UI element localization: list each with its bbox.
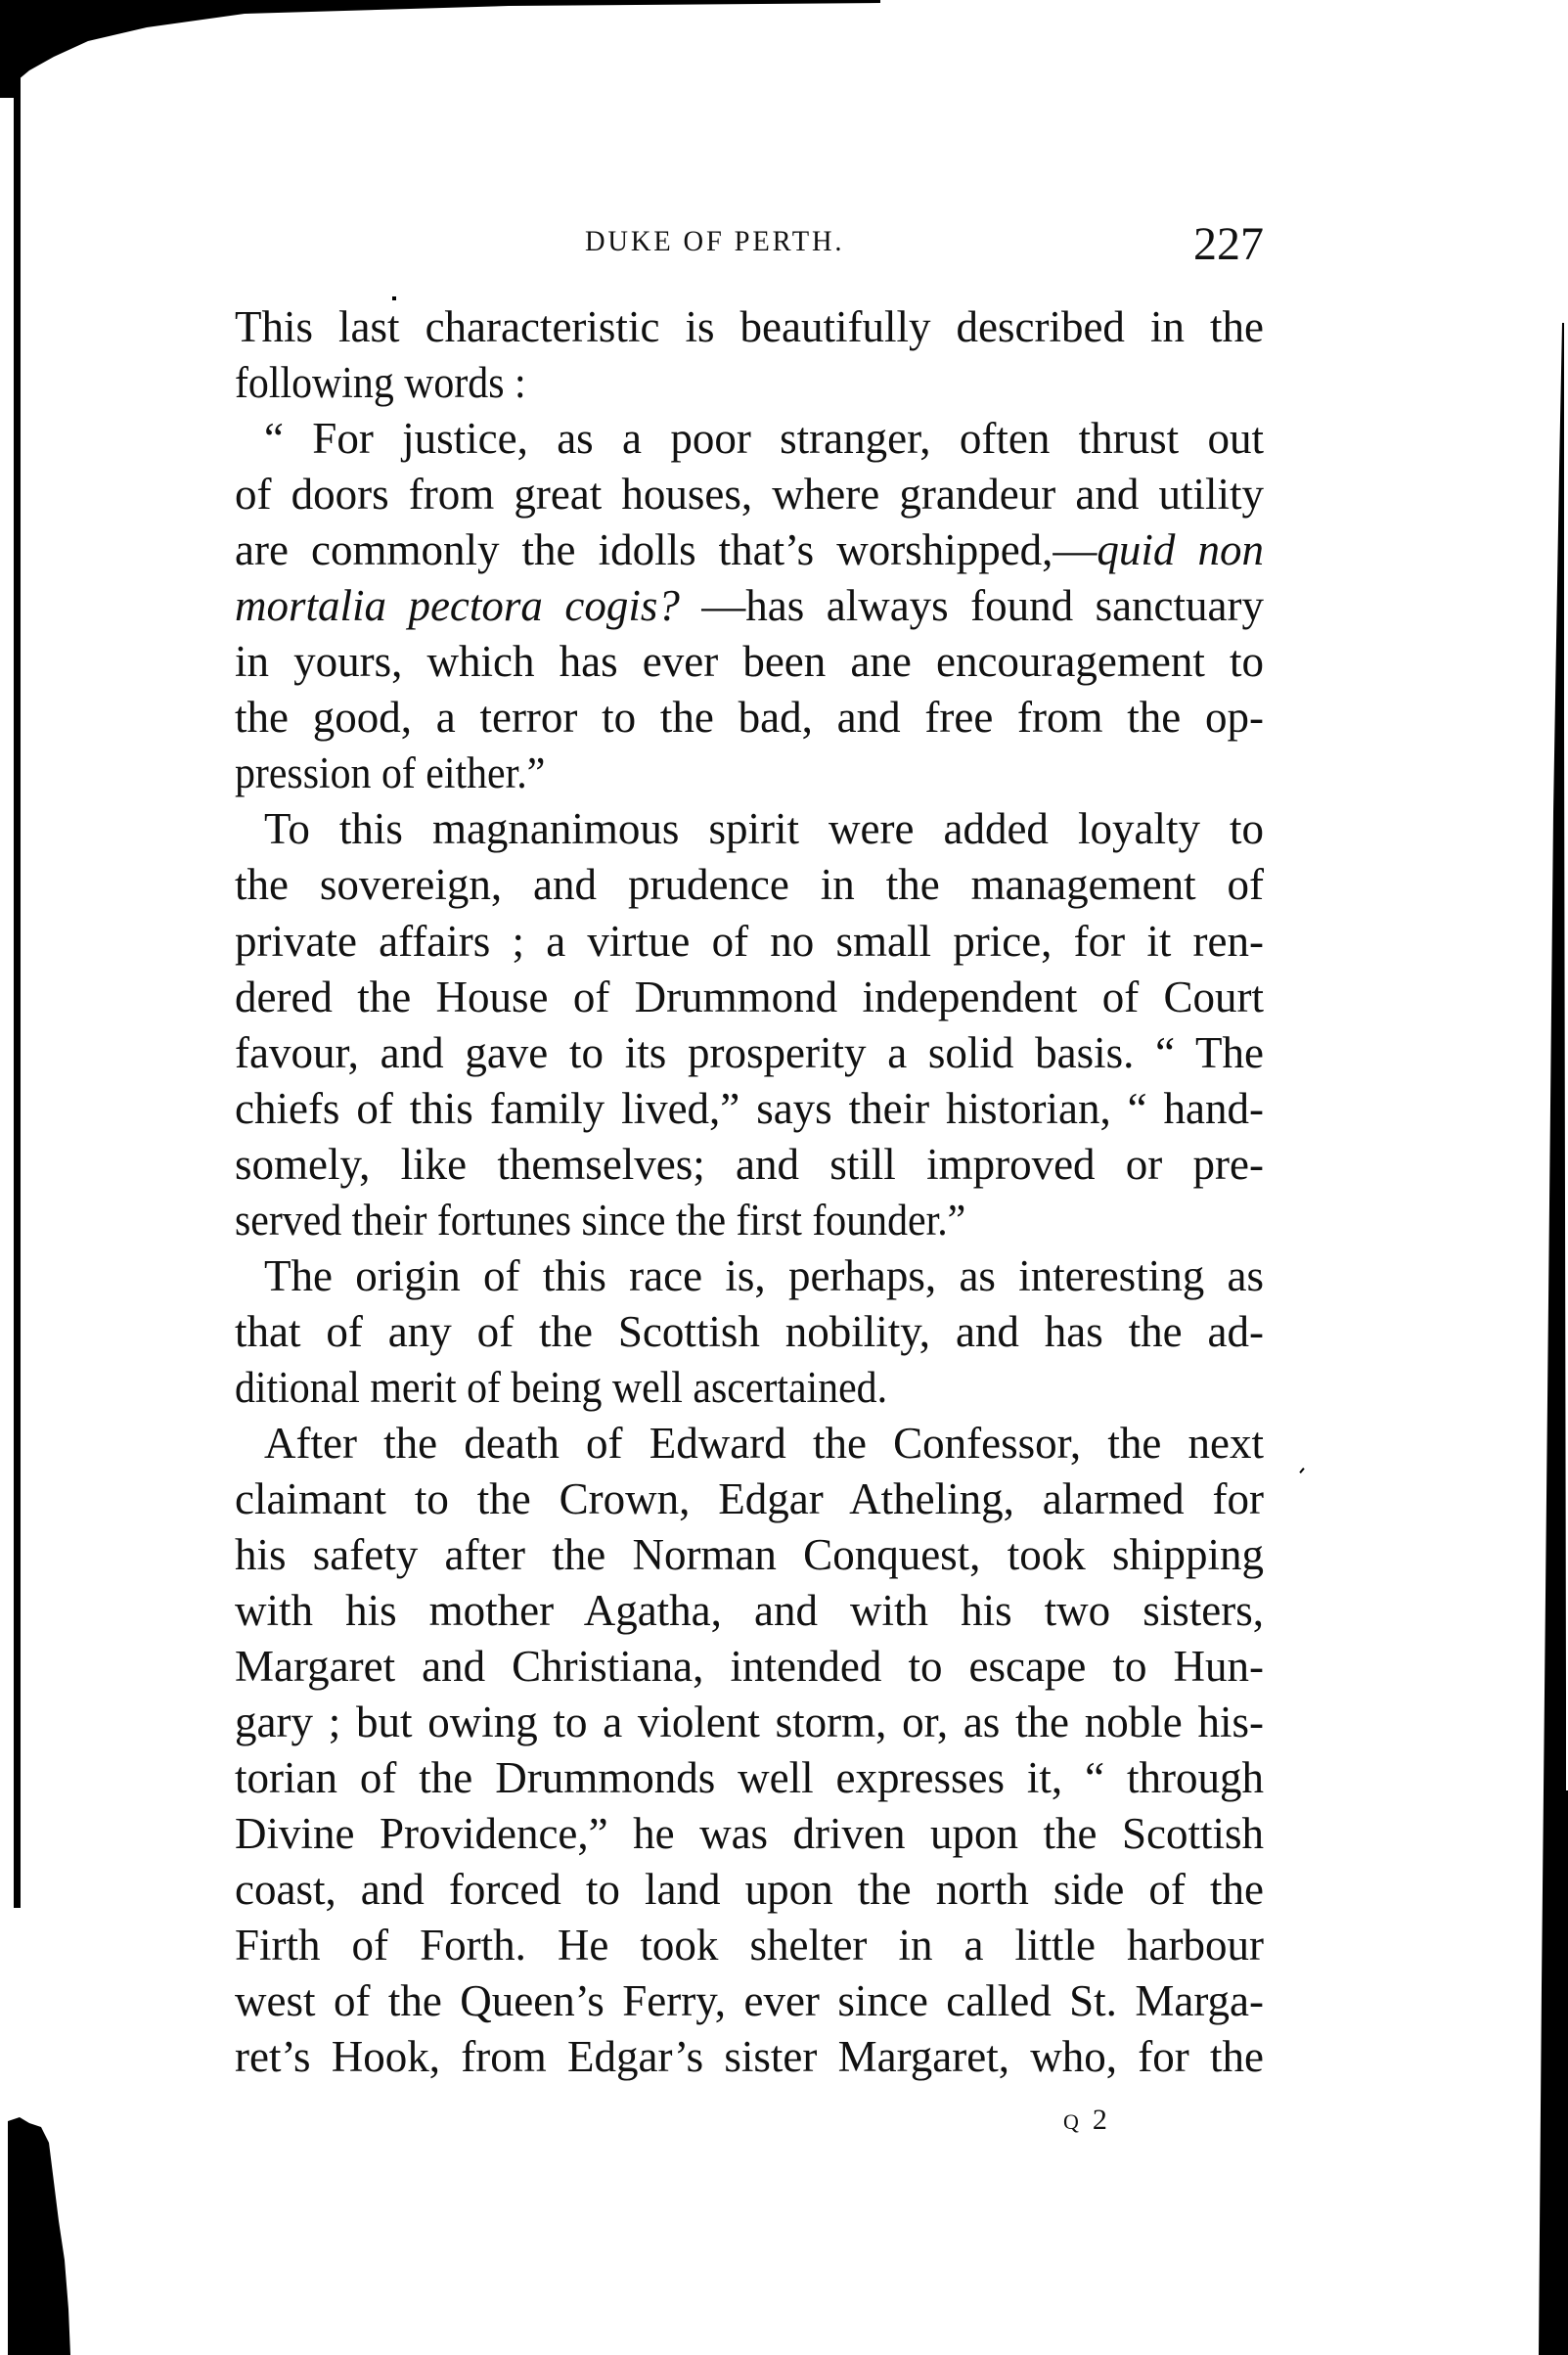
text-run: are commonly the idolls that’s worshippe… xyxy=(235,525,1097,574)
page-number: 227 xyxy=(1193,217,1264,271)
scan-edge-bottom-left xyxy=(0,2113,78,2355)
text-line: following words : xyxy=(235,355,526,411)
scan-edge-top-left xyxy=(0,0,880,98)
text-line: claimant to the Crown, Edgar Atheling, a… xyxy=(235,1472,1264,1527)
text-line: “ For justice, as a poor stranger, often… xyxy=(235,411,1264,467)
text-line: the sovereign, and prudence in the manag… xyxy=(235,857,1264,913)
text-line: of doors from great houses, where grande… xyxy=(235,467,1264,522)
text-line: ditional merit of being well ascertained… xyxy=(235,1360,887,1416)
text-line: that of any of the Scottish nobility, an… xyxy=(235,1304,1264,1360)
text-line: private affairs ; a virtue of no small p… xyxy=(235,914,1264,970)
text-line: pression of either.” xyxy=(235,746,545,801)
text-line: ret’s Hook, from Edgar’s sister Margaret… xyxy=(235,2029,1264,2085)
text-run: —has always found sanctuary xyxy=(680,581,1264,630)
scan-edge-right xyxy=(1536,323,1568,2355)
scan-edge-left-line xyxy=(14,59,21,1908)
text-line: coast, and forced to land upon the north… xyxy=(235,1862,1264,1918)
text-line: his safety after the Norman Conquest, to… xyxy=(235,1527,1264,1583)
latin-quotation: mortalia pectora cogis? xyxy=(235,581,680,630)
text-line: gary ; but owing to a violent storm, or,… xyxy=(235,1695,1264,1750)
text-line: mortalia pectora cogis? —has always foun… xyxy=(235,578,1264,634)
text-line: Firth of Forth. He took shelter in a lit… xyxy=(235,1918,1264,1973)
text-line: west of the Queen’s Ferry, ever since ca… xyxy=(235,1973,1264,2029)
printer-signature-mark: Q2 xyxy=(1063,2104,1107,2137)
scan-speck xyxy=(1299,1468,1304,1473)
text-line: Margaret and Christiana, intended to esc… xyxy=(235,1639,1264,1695)
text-line: chiefs of this family lived,” says their… xyxy=(235,1081,1264,1137)
text-line: somely, like themselves; and still impro… xyxy=(235,1137,1264,1193)
text-line: torian of the Drummonds well expresses i… xyxy=(235,1750,1264,1806)
text-line: To this magnanimous spirit were added lo… xyxy=(235,801,1264,857)
text-line: favour, and gave to its prosperity a sol… xyxy=(235,1025,1264,1081)
latin-quotation: quid non xyxy=(1097,525,1264,574)
text-line: After the death of Edward the Confessor,… xyxy=(235,1416,1264,1472)
text-line: Divine Providence,” he was driven upon t… xyxy=(235,1806,1264,1862)
text-line: with his mother Agatha, and with his two… xyxy=(235,1583,1264,1639)
text-line: The origin of this race is, perhaps, as … xyxy=(235,1248,1264,1304)
signature-number: 2 xyxy=(1093,2104,1107,2136)
body-text: This last characteristic is beautifully … xyxy=(235,299,1264,2086)
signature-letter: Q xyxy=(1063,2109,1079,2134)
text-line: served their fortunes since the first fo… xyxy=(235,1193,965,1248)
text-line: dered the House of Drummond independent … xyxy=(235,970,1264,1025)
text-line: are commonly the idolls that’s worshippe… xyxy=(235,522,1264,578)
running-head: DUKE OF PERTH. 227 xyxy=(235,217,1264,266)
running-title: DUKE OF PERTH. xyxy=(585,225,844,258)
text-line: This last characteristic is beautifully … xyxy=(235,299,1264,355)
text-line: in yours, which has ever been ane encour… xyxy=(235,634,1264,690)
text-line: the good, a terror to the bad, and free … xyxy=(235,690,1264,746)
